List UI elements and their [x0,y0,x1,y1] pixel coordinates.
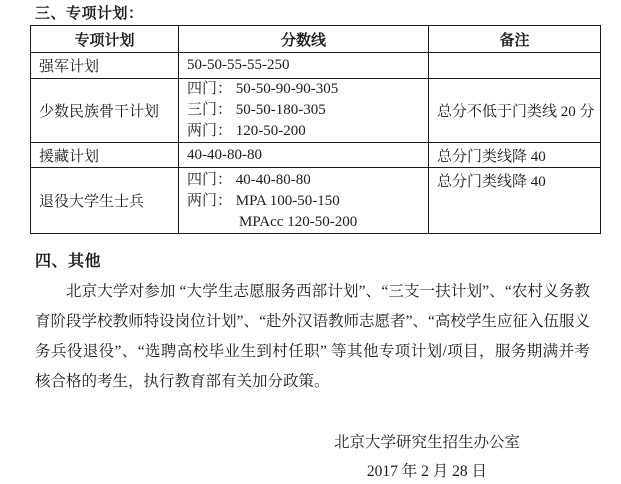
remark-cell: 总分不低于门类线 20 分 [429,79,601,143]
score-line-cell: 四门： 50-50-90-90-305 三门： 50-50-180-305 两门… [179,79,429,143]
column-header-plan: 专项计划 [31,26,179,53]
plan-name: 援藏计划 [31,143,179,168]
score-line-cell: 50-50-55-55-250 [179,53,429,79]
signature-block: 北京大学研究生招生办公室 2017 年 2 月 28 日 [257,428,597,484]
remark-cell: 总分门类线降 40 [429,168,601,234]
score-line-cell: 40-40-80-80 [179,143,429,168]
signature-date: 2017 年 2 月 28 日 [257,457,597,484]
table-row: 强军计划 50-50-55-55-250 [31,53,601,79]
document-page: 三、专项计划： 专项计划 分数线 备注 强军计划 50-50-55-55-250 [0,0,621,484]
plan-name: 少数民族骨干计划 [31,79,179,143]
special-programs-table: 专项计划 分数线 备注 强军计划 50-50-55-55-250 少数民族骨干计… [30,25,601,234]
score-line: 四门： 50-50-90-90-305 [187,79,428,100]
score-line-cell: 四门： 40-40-80-80 两门： MPA 100-50-150 MPAcc… [179,168,429,234]
score-line: 两门： MPA 100-50-150 [187,191,428,212]
table-row: 援藏计划 40-40-80-80 总分门类线降 40 [31,143,601,168]
table-row: 少数民族骨干计划 四门： 50-50-90-90-305 三门： 50-50-1… [31,79,601,143]
section4-paragraph: 北京大学对参加 “大学生志愿服务西部计划”、“三支一扶计划”、“农村义务教育阶段… [35,277,590,397]
table-row: 退役大学生士兵 四门： 40-40-80-80 两门： MPA 100-50-1… [31,168,601,234]
column-header-scoreline: 分数线 [179,26,429,53]
plan-name: 退役大学生士兵 [31,168,179,234]
signature-org: 北京大学研究生招生办公室 [257,428,597,457]
score-line: MPAcc 120-50-200 [187,212,428,233]
table-header-row: 专项计划 分数线 备注 [31,26,601,53]
section4-title: 四、其他 [35,252,621,272]
section3-title: 三、专项计划： [0,0,621,23]
column-header-remark: 备注 [429,26,601,53]
remark-cell: 总分门类线降 40 [429,143,601,168]
remark-cell [429,53,601,79]
score-line: 50-50-55-55-250 [187,55,428,76]
score-line: 三门： 50-50-180-305 [187,100,428,121]
score-line: 四门： 40-40-80-80 [187,170,428,191]
plan-name: 强军计划 [31,53,179,79]
score-line: 两门： 120-50-200 [187,121,428,142]
score-line: 40-40-80-80 [187,145,428,166]
